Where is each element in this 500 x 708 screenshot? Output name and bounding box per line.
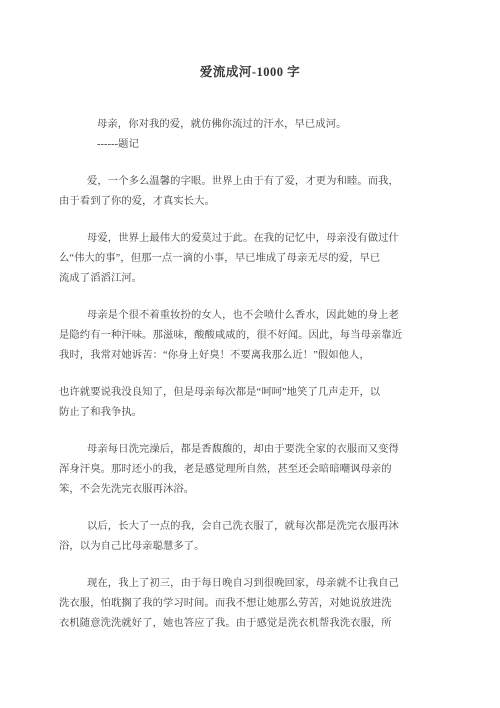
- text-line: 衣机随意洗洗就好了，她也答应了我。由于感觉是洗衣机帮我洗衣服，所: [59, 614, 401, 634]
- text-line: 母亲，你对我的爱，就仿佛你流过的汗水，早已成河。: [59, 115, 401, 135]
- text-line: 母亲是个很不着重妆扮的女人，也不会喷什么香水，因此她的身上老: [59, 306, 401, 326]
- text-line: 母爱，世界上最伟大的爱莫过于此。在我的记忆中，母亲没有做过什: [59, 229, 401, 249]
- document-body: 母亲，你对我的爱，就仿佛你流过的汗水，早已成河。 ------题记 爱，一个多么…: [59, 115, 401, 651]
- text-line: 由于看到了你的爱，才真实长大。: [59, 192, 401, 212]
- text-line: 浴，以为自己比母亲聪慧多了。: [59, 537, 401, 557]
- text-line: 我时，我常对她诉苦：“你身上好臭！不要离我那么近！”假如他人，: [59, 346, 401, 366]
- text-line: 爱，一个多么温馨的字眼。世界上由于有了爱，才更为和睦。而我，: [59, 172, 401, 192]
- body-paragraph: 爱，一个多么温馨的字眼。世界上由于有了爱，才更为和睦。而我， 由于看到了你的爱，…: [59, 172, 401, 212]
- text-line: 是隐约有一种汗味。那滋味，酸酸咸咸的，很不好闻。因此，每当母亲靠近: [59, 326, 401, 346]
- document-title: 爱流成河-1000 字: [0, 62, 500, 80]
- text-line: 也许就要说我没良知了，但是母亲每次都是“呵呵”地笑了几声走开，以: [59, 383, 401, 403]
- body-paragraph: 母亲每日洗完澡后，都是香馥馥的，却由于要洗全家的衣服而又变得 浑身汗臭。那时还小…: [59, 440, 401, 500]
- body-paragraph: 现在，我上了初三，由于每日晚自习到很晚回家，母亲就不让我自己 洗衣服，怕耽搁了我…: [59, 574, 401, 634]
- epigraph: 母亲，你对我的爱，就仿佛你流过的汗水，早已成河。 ------题记: [59, 115, 401, 155]
- document-page: 爱流成河-1000 字 母亲，你对我的爱，就仿佛你流过的汗水，早已成河。 ---…: [0, 0, 500, 708]
- text-line: 流成了滔滔江河。: [59, 269, 401, 289]
- text-line: 笨，不会先洗完衣服再沐浴。: [59, 480, 401, 500]
- text-line: 洗衣服，怕耽搁了我的学习时间。而我不想让她那么劳苦，对她说放进洗: [59, 594, 401, 614]
- body-paragraph: 母爱，世界上最伟大的爱莫过于此。在我的记忆中，母亲没有做过什 么“伟大的事”，但…: [59, 229, 401, 289]
- text-line: 母亲每日洗完澡后，都是香馥馥的，却由于要洗全家的衣服而又变得: [59, 440, 401, 460]
- epigraph-signature: ------题记: [59, 135, 401, 155]
- text-line: 现在，我上了初三，由于每日晚自习到很晚回家，母亲就不让我自己: [59, 574, 401, 594]
- body-paragraph: 母亲是个很不着重妆扮的女人，也不会喷什么香水，因此她的身上老 是隐约有一种汗味。…: [59, 306, 401, 366]
- text-line: 防止了和我争执。: [59, 403, 401, 423]
- text-line: 么“伟大的事”，但那一点一滴的小事，早已堆成了母亲无尽的爱，早已: [59, 249, 401, 269]
- text-line: 浑身汗臭。那时还小的我，老是感觉理所自然，甚至还会暗暗嘲讽母亲的: [59, 460, 401, 480]
- body-paragraph-continuation: 也许就要说我没良知了，但是母亲每次都是“呵呵”地笑了几声走开，以 防止了和我争执…: [59, 383, 401, 423]
- text-line: 以后，长大了一点的我，会自己洗衣服了，就每次都是洗完衣服再沐: [59, 517, 401, 537]
- body-paragraph: 以后，长大了一点的我，会自己洗衣服了，就每次都是洗完衣服再沐 浴，以为自己比母亲…: [59, 517, 401, 557]
